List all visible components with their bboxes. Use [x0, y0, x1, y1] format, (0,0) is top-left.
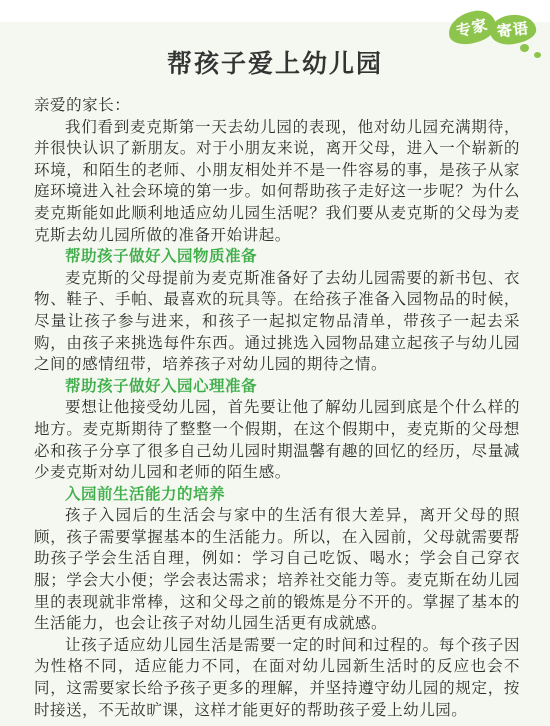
- paragraph-mental-preparation: 要想让他接受幼儿园，首先要让他了解幼儿园到底是个什么样的地方。麦克斯期待了整整一…: [34, 397, 520, 483]
- section-heading-life-skills: 入园前生活能力的培养: [34, 484, 520, 506]
- paragraph-intro: 我们看到麦克斯第一天去幼儿园的表现，他对幼儿园充满期待，并很快认识了新朋友。对于…: [34, 117, 520, 247]
- paragraph-life-skills: 孩子入园后的生活会与家中的生活有很大差异，离开父母的照顾，孩子需要掌握基本的生活…: [34, 505, 520, 635]
- page-title: 帮孩子爱上幼儿园: [0, 44, 550, 80]
- salutation: 亲爱的家长：: [34, 95, 520, 117]
- badge-bubble-message-label: 寄语: [496, 17, 530, 42]
- section-heading-mental-preparation: 帮助孩子做好入园心理准备: [34, 376, 520, 398]
- letter-body: 亲爱的家长： 我们看到麦克斯第一天去幼儿园的表现，他对幼儿园充满期待，并很快认识…: [34, 95, 520, 721]
- badge-bubble-message: 寄语: [488, 12, 537, 46]
- paragraph-closing: 让孩子适应幼儿园生活是需要一定的时间和过程的。每个孩子因为性格不同，适应能力不同…: [34, 635, 520, 721]
- section-heading-material-preparation: 帮助孩子做好入园物质准备: [34, 246, 520, 268]
- paragraph-material-preparation: 麦克斯的父母提前为麦克斯准备好了去幼儿园需要的新书包、衣物、鞋子、手帕、最喜欢的…: [34, 268, 520, 376]
- badge-bubble-expert-label: 专家: [454, 13, 490, 41]
